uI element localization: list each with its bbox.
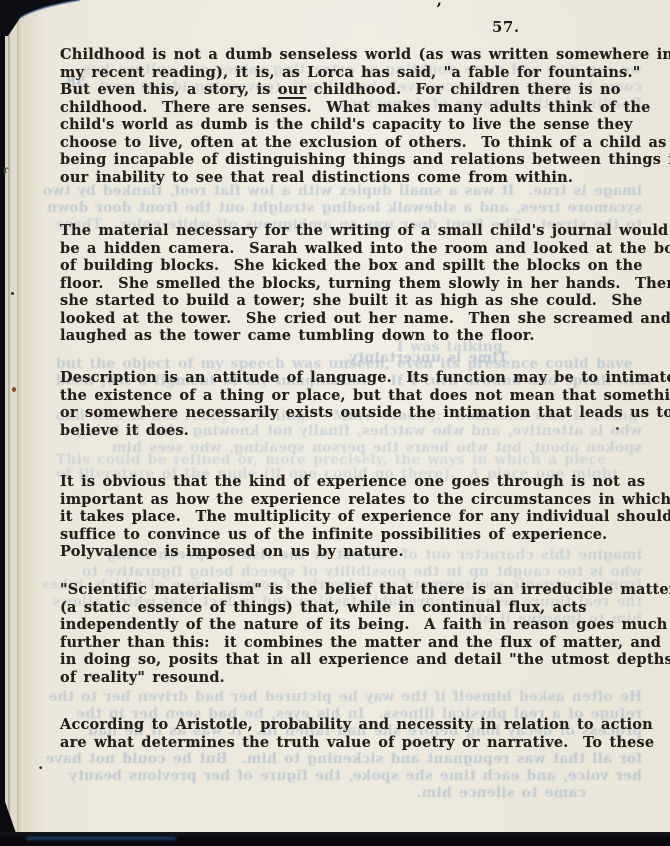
scanned-book-page: { "page": { "number": "57.", "stray_apos… (0, 0, 670, 846)
bleed-text-line: her voice, and each time she spoke, the … (56, 768, 642, 785)
stray-apostrophe-mark: ’ (436, 0, 442, 20)
paragraph-sarah-journal: The material necessary for the writing o… (60, 222, 652, 345)
paragraph-experience: It is obvious that the kind of experienc… (60, 473, 652, 561)
top-left-corner-shadow (0, 0, 90, 36)
page-number: 57. (492, 18, 520, 36)
book-spine-edge (0, 0, 5, 846)
paragraph-scientific-materialism: "Scientific materialism" is the belief t… (60, 581, 652, 686)
bottom-scan-bar-blue-streak (26, 837, 176, 840)
bottom-left-corner-shadow (0, 799, 20, 833)
paper-speck (11, 292, 14, 295)
paragraph-description: Description is an attitude of language. … (60, 369, 652, 439)
paragraph-aristotle: According to Aristotle, probability and … (60, 716, 652, 751)
bleed-text-line: He often asked himself if the way he pic… (56, 689, 642, 706)
bleed-text-line: for all that was repugnant and sickening… (56, 751, 642, 768)
paper-speck (12, 387, 16, 392)
bleed-text-line: sycamore trees, and a sidewalk leading s… (56, 200, 642, 217)
paragraph-childhood: Childhood is not a dumb senseless world … (60, 46, 652, 186)
underlined-word: our (278, 81, 306, 98)
bleed-text-line: Time is uncertainty. (348, 350, 508, 367)
bleed-text-line: came to silence him. (56, 785, 586, 802)
paper-speck (616, 427, 619, 430)
stray-ink-mark: r (3, 165, 8, 176)
stray-ink-mark: . (38, 755, 43, 773)
